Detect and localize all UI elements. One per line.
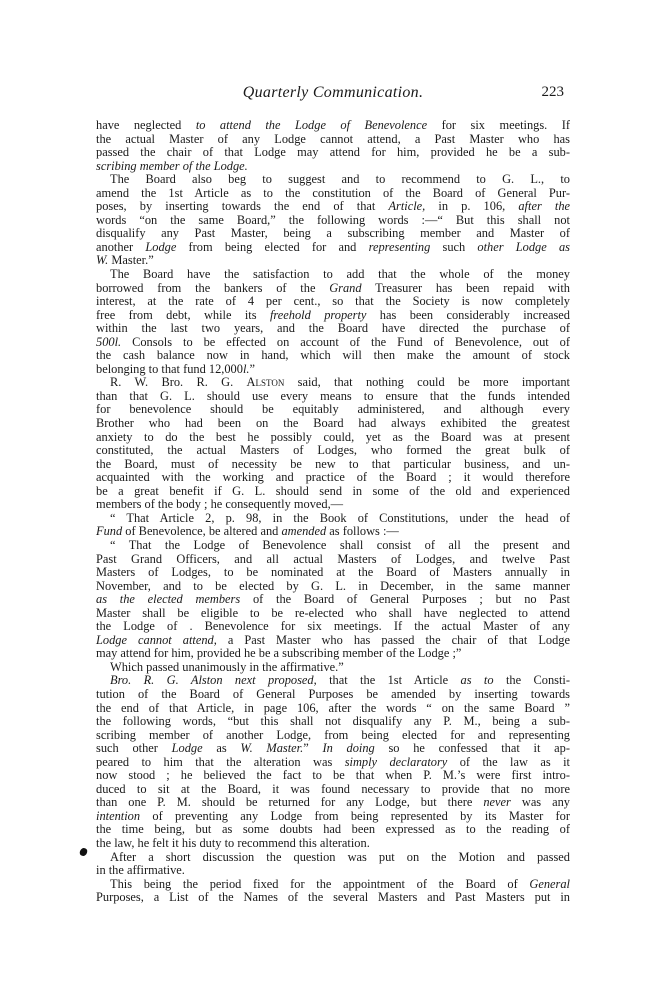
text-line: constituted, the actual Masters of Lodge…: [96, 444, 570, 458]
italic-text: Lodge cannot attend,: [96, 633, 217, 647]
text-line: such other Lodge as W. Master.” In doing…: [96, 742, 570, 756]
text-line: acquainted with the working and practice…: [96, 471, 570, 485]
text-segment: than one P. M. should be returned for an…: [96, 795, 483, 809]
text-segment: the Board, must of necessity be new to t…: [96, 457, 570, 471]
text-segment: in p. 106,: [425, 199, 518, 213]
text-segment: said, that nothing could be more importa…: [284, 375, 570, 389]
small-caps-text: Alston: [247, 375, 285, 389]
text-segment: of Benevolence, be altered and: [122, 524, 281, 538]
text-line: This being the period fixed for the appo…: [96, 878, 570, 892]
italic-text: General: [529, 877, 570, 891]
italic-text: intention: [96, 809, 140, 823]
text-segment: Purposes, a List of the Names of the sev…: [96, 890, 570, 904]
text-line: have neglected to attend the Lodge of Be…: [96, 119, 570, 133]
text-segment: disqualify any Past Master, being a subs…: [96, 226, 570, 240]
text-line: for benevolence should be equitably admi…: [96, 403, 570, 417]
text-segment: ”: [303, 741, 322, 755]
text-line: anxiety to do the best he possibly could…: [96, 431, 570, 445]
running-title: Quarterly Communication.: [96, 84, 570, 102]
text-segment: another: [96, 240, 145, 254]
text-segment: “ That the Lodge of Benevolence shall co…: [110, 538, 570, 552]
text-line: belonging to that fund 12,000l.”: [96, 363, 570, 377]
text-segment: a Past Master who has passed the chair o…: [217, 633, 570, 647]
italic-text: never: [483, 795, 511, 809]
italic-text: In doing: [322, 741, 374, 755]
text-segment: now stood ; he believed the fact to be t…: [96, 768, 570, 782]
text-line: within the last two years, and the Board…: [96, 322, 570, 336]
text-line: the end of that Article, in page 106, af…: [96, 702, 570, 716]
text-segment: acquainted with the working and practice…: [96, 470, 570, 484]
text-line: peared to him that the alteration was si…: [96, 756, 570, 770]
text-line: free from debt, while its freehold prope…: [96, 309, 570, 323]
text-line: “ That the Lodge of Benevolence shall co…: [96, 539, 570, 553]
italic-text: as the elected members: [96, 592, 240, 606]
text-segment: than that G. L. should use every means t…: [96, 389, 570, 403]
text-segment: within the last two years, and the Board…: [96, 321, 570, 335]
text-line: tution of the Board of General Purposes …: [96, 688, 570, 702]
text-line: in the affirmative.: [96, 864, 570, 878]
text-line: Bro. R. G. Alston next proposed, that th…: [96, 674, 570, 688]
text-line: Brother who had been on the Board had al…: [96, 417, 570, 431]
italic-text: Grand: [329, 281, 361, 295]
text-segment: free from debt, while its: [96, 308, 270, 322]
text-segment: in the affirmative.: [96, 863, 185, 877]
text-line: the actual Master of any Lodge cannot at…: [96, 133, 570, 147]
text-line: now stood ; he believed the fact to be t…: [96, 769, 570, 783]
text-segment: so he confessed that it ap-: [375, 741, 570, 755]
text-segment: be a great benefit if G. L. should send …: [96, 484, 570, 498]
text-segment: Consols to be effected on account of the…: [121, 335, 570, 349]
text-segment: After a short discussion the question wa…: [110, 850, 570, 864]
text-line: words “on the same Board,” the following…: [96, 214, 570, 228]
text-segment: for six meetings. If: [427, 118, 570, 132]
text-segment: The Board also beg to suggest and to rec…: [110, 172, 570, 186]
text-line: Purposes, a List of the Names of the sev…: [96, 891, 570, 905]
text-line: may attend for him, provided he be a sub…: [96, 647, 570, 661]
italic-text: other Lodge as: [477, 240, 570, 254]
document-page: Quarterly Communication. 223 have neglec…: [0, 0, 666, 992]
text-line: W. Master.”: [96, 254, 570, 268]
text-line: Master shall be eligible to be re-electe…: [96, 607, 570, 621]
italic-text: scribing member of the Lodge.: [96, 159, 248, 173]
text-segment: of preventing any Lodge from being repre…: [140, 809, 570, 823]
text-line: passed the chair of that Lodge may atten…: [96, 146, 570, 160]
running-head: Quarterly Communication. 223: [96, 84, 570, 104]
text-segment: have neglected: [96, 118, 196, 132]
text-segment: “ That Article 2, p. 98, in the Book of …: [110, 511, 570, 525]
text-segment: Masters of Lodges, to be nominated at th…: [96, 565, 570, 579]
text-segment: such other: [96, 741, 172, 755]
text-segment: scribing member of another Lodge, from b…: [96, 728, 570, 742]
text-line: than one P. M. should be returned for an…: [96, 796, 570, 810]
text-line: November, and to be elected by G. L. in …: [96, 580, 570, 594]
text-line: After a short discussion the question wa…: [96, 851, 570, 865]
text-segment: Brother who had been on the Board had al…: [96, 416, 570, 430]
text-segment: Past Grand Officers, and all actual Mast…: [96, 552, 570, 566]
text-segment: words “on the same Board,” the following…: [96, 213, 570, 227]
text-line: scribing member of another Lodge, from b…: [96, 729, 570, 743]
text-segment: as: [203, 741, 241, 755]
text-line: duced to sit at the Board, it was found …: [96, 783, 570, 797]
text-line: the Lodge of . Benevolence for six meeti…: [96, 620, 570, 634]
italic-text: amended: [281, 524, 326, 538]
italic-text: Fund: [96, 524, 122, 538]
text-line: Masters of Lodges, to be nominated at th…: [96, 566, 570, 580]
text-segment: members of the body ; he consequently mo…: [96, 497, 343, 511]
text-line: The Board have the satisfaction to add t…: [96, 268, 570, 282]
italic-text: freehold property: [270, 308, 366, 322]
text-line: than that G. L. should use every means t…: [96, 390, 570, 404]
text-segment: duced to sit at the Board, it was found …: [96, 782, 570, 796]
italic-text: 500l.: [96, 335, 121, 349]
text-segment: Treasurer has been repaid with: [362, 281, 570, 295]
text-segment: belonging to that fund 12,000: [96, 362, 243, 376]
text-line: be a great benefit if G. L. should send …: [96, 485, 570, 499]
text-line: Fund of Benevolence, be altered and amen…: [96, 525, 570, 539]
text-line: scribing member of the Lodge.: [96, 160, 570, 174]
text-segment: the actual Master of any Lodge cannot at…: [96, 132, 570, 146]
text-segment: the Lodge of . Benevolence for six meeti…: [96, 619, 570, 633]
text-segment: for benevolence should be equitably admi…: [96, 402, 570, 416]
text-line: R. W. Bro. R. G. Alston said, that nothi…: [96, 376, 570, 390]
italic-text: W. Master.: [240, 741, 303, 755]
italic-text: W.: [96, 253, 108, 267]
italic-text: representing: [369, 240, 431, 254]
text-segment: from being elected for and: [176, 240, 368, 254]
text-line: 500l. Consols to be effected on account …: [96, 336, 570, 350]
italic-text: after the: [518, 199, 570, 213]
text-line: interest, at the rate of 4 per cent., so…: [96, 295, 570, 309]
text-segment: Master shall be eligible to be re-electe…: [96, 606, 570, 620]
text-line: amend the 1st Article as to the constitu…: [96, 187, 570, 201]
text-segment: of the law as it: [447, 755, 570, 769]
text-segment: amend the 1st Article as to the constitu…: [96, 186, 570, 200]
text-segment: interest, at the rate of 4 per cent., so…: [96, 294, 570, 308]
text-line: Lodge cannot attend, a Past Master who h…: [96, 634, 570, 648]
text-segment: Master.”: [108, 253, 153, 267]
italic-text: simply declaratory: [345, 755, 448, 769]
text-line: the Board, must of necessity be new to t…: [96, 458, 570, 472]
text-line: the law, he felt it his duty to recommen…: [96, 837, 570, 851]
text-segment: ”: [250, 362, 256, 376]
text-line: as the elected members of the Board of G…: [96, 593, 570, 607]
italic-text: Lodge: [172, 741, 203, 755]
ink-blot-mark: [79, 847, 88, 857]
page-number: 223: [542, 84, 565, 101]
italic-text: Article,: [388, 199, 425, 213]
text-segment: of the Board of General Purposes ; but n…: [240, 592, 570, 606]
text-line: the following words, “but this shall not…: [96, 715, 570, 729]
text-segment: anxiety to do the best he possibly could…: [96, 430, 570, 444]
text-segment: November, and to be elected by G. L. in …: [96, 579, 570, 593]
body-text: have neglected to attend the Lodge of Be…: [96, 119, 570, 905]
text-segment: as follows :—: [326, 524, 399, 538]
text-segment: the time being, but as some doubts had b…: [96, 822, 570, 836]
text-segment: The Board have the satisfaction to add t…: [110, 267, 570, 281]
text-segment: was any: [511, 795, 570, 809]
text-line: members of the body ; he consequently mo…: [96, 498, 570, 512]
text-segment: may attend for him, provided he be a sub…: [96, 646, 461, 660]
italic-text: to attend the Lodge of Benevolence: [196, 118, 427, 132]
text-segment: R. W. Bro. R. G.: [110, 375, 247, 389]
italic-text: as to: [461, 673, 494, 687]
text-line: intention of preventing any Lodge from b…: [96, 810, 570, 824]
text-line: borrowed from the bankers of the Grand T…: [96, 282, 570, 296]
text-segment: the Consti-: [494, 673, 570, 687]
text-segment: has been considerably increased: [366, 308, 570, 322]
text-line: the time being, but as some doubts had b…: [96, 823, 570, 837]
italic-text: Lodge: [145, 240, 176, 254]
text-segment: passed the chair of that Lodge may atten…: [96, 145, 570, 159]
text-segment: Which passed unanimously in the affirmat…: [110, 660, 344, 674]
text-line: “ That Article 2, p. 98, in the Book of …: [96, 512, 570, 526]
text-line: Which passed unanimously in the affirmat…: [96, 661, 570, 675]
text-segment: constituted, the actual Masters of Lodge…: [96, 443, 570, 457]
text-line: disqualify any Past Master, being a subs…: [96, 227, 570, 241]
text-line: the cash balance now in hand, which will…: [96, 349, 570, 363]
text-segment: that the 1st Article: [317, 673, 461, 687]
text-segment: the law, he felt it his duty to recommen…: [96, 836, 370, 850]
text-line: another Lodge from being elected for and…: [96, 241, 570, 255]
text-segment: the cash balance now in hand, which will…: [96, 348, 570, 362]
text-segment: This being the period fixed for the appo…: [110, 877, 529, 891]
text-segment: peared to him that the alteration was: [96, 755, 345, 769]
text-segment: the end of that Article, in page 106, af…: [96, 701, 570, 715]
text-segment: tution of the Board of General Purposes …: [96, 687, 570, 701]
text-line: poses, by inserting towards the end of t…: [96, 200, 570, 214]
text-segment: the following words, “but this shall not…: [96, 714, 570, 728]
text-segment: such: [430, 240, 477, 254]
text-segment: poses, by inserting towards the end of t…: [96, 199, 388, 213]
italic-text: Bro. R. G. Alston next proposed,: [110, 673, 317, 687]
text-segment: borrowed from the bankers of the: [96, 281, 329, 295]
text-line: The Board also beg to suggest and to rec…: [96, 173, 570, 187]
text-line: Past Grand Officers, and all actual Mast…: [96, 553, 570, 567]
